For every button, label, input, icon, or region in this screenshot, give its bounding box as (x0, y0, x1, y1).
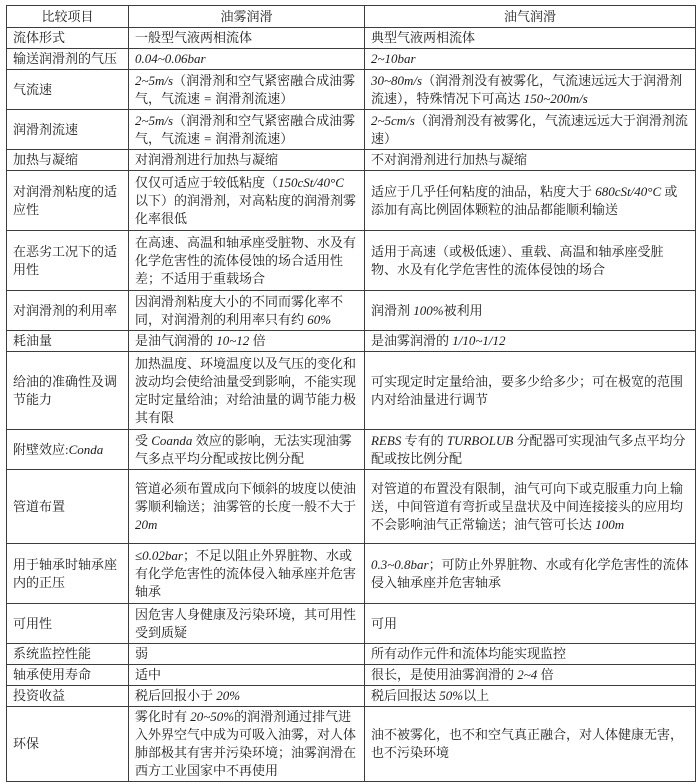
oil-mist-cell: 适中 (129, 665, 365, 686)
oil-air-cell: 对管道的布置没有限制，油气可向下或克服重力向上输送，中间管道有弯折或呈盘状及中间… (365, 470, 696, 544)
oil-mist-cell: 税后回报小于 20% (129, 686, 365, 707)
table-row: 气流速2~5m/s（润滑剂和空气紧密融合成油雾气，气流速 = 润滑剂流速）30~… (7, 70, 696, 110)
oil-air-cell: 可实现定时定量给油，要多少给多少；可在极宽的范围内对给油量进行调节 (365, 352, 696, 430)
row-label-cell: 环保 (7, 707, 129, 782)
row-label-cell: 对润滑剂的利用率 (7, 291, 129, 331)
oil-mist-cell: 加热温度、环境温度以及气压的变化和波动均会使给油量受到影响，不能实现定时定量给油… (129, 352, 365, 430)
table-row: 对润滑剂粘度的适应性仅仅可适应于较低粘度（150cSt/40°C 以下）的润滑剂… (7, 171, 696, 231)
oil-air-cell: 适应于几乎任何粘度的油品，粘度大于 680cSt/40°C 或添加有高比例固体颗… (365, 171, 696, 231)
oil-mist-cell: 受 Coanda 效应的影响，无法实现油雾气多点平均分配或按比例分配 (129, 430, 365, 470)
table-row: 用于轴承时轴承座内的正压≤0.02bar；不足以阻止外界脏物、水或有化学危害性的… (7, 544, 696, 604)
oil-air-cell: 适用于高速（或极低速）、重载、高温和轴承座受脏物、水及有化学危害性的流体侵蚀的场… (365, 231, 696, 291)
oil-air-cell: 是油雾润滑的 1/10~1/12 (365, 331, 696, 352)
oil-mist-cell: 仅仅可适应于较低粘度（150cSt/40°C 以下）的润滑剂，对高粘度的润滑剂雾… (129, 171, 365, 231)
table-body: 流体形式一般型气液两相流体典型气液两相流体输送润滑剂的气压0.04~0.06ba… (7, 28, 696, 782)
row-label-cell: 给油的准确性及调节能力 (7, 352, 129, 430)
row-label-cell: 系统监控性能 (7, 644, 129, 665)
row-label-cell: 对润滑剂粘度的适应性 (7, 171, 129, 231)
row-label-cell: 投资收益 (7, 686, 129, 707)
table-row: 耗油量是油气润滑的 10~12 倍是油雾润滑的 1/10~1/12 (7, 331, 696, 352)
table-row: 投资收益税后回报小于 20%税后回报达 50%以上 (7, 686, 696, 707)
oil-mist-cell: 一般型气液两相流体 (129, 28, 365, 49)
table-row: 轴承使用寿命适中很长，是使用油雾润滑的 2~4 倍 (7, 665, 696, 686)
row-label-cell: 可用性 (7, 604, 129, 644)
table-row: 输送润滑剂的气压0.04~0.06bar2~10bar (7, 49, 696, 70)
oil-air-cell: 很长，是使用油雾润滑的 2~4 倍 (365, 665, 696, 686)
oil-air-cell: 油不被雾化，也不和空气真正融合，对人体健康无害，也不污染环境 (365, 707, 696, 782)
oil-mist-cell: 因润滑剂粘度大小的不同而雾化率不同，对润滑剂的利用率只有约 60% (129, 291, 365, 331)
document-page: 比较项目 油雾润滑 油气润滑 流体形式一般型气液两相流体典型气液两相流体输送润滑… (6, 5, 696, 782)
oil-mist-cell: 对润滑剂进行加热与凝缩 (129, 150, 365, 171)
oil-mist-cell: 2~5m/s（润滑剂和空气紧密融合成油雾气，气流速 = 润滑剂流速） (129, 110, 365, 150)
table-row: 给油的准确性及调节能力加热温度、环境温度以及气压的变化和波动均会使给油量受到影响… (7, 352, 696, 430)
oil-mist-cell: 弱 (129, 644, 365, 665)
row-label-cell: 附壁效应:Conda (7, 430, 129, 470)
header-row: 比较项目 油雾润滑 油气润滑 (7, 6, 696, 28)
oil-air-cell: 0.3~0.8bar；可防止外界脏物、水或有化学危害性的流体侵入轴承座并危害轴承 (365, 544, 696, 604)
oil-air-cell: 2~5cm/s（润滑剂没有被雾化，气流速远远大于润滑剂流速） (365, 110, 696, 150)
lubrication-comparison-table: 比较项目 油雾润滑 油气润滑 流体形式一般型气液两相流体典型气液两相流体输送润滑… (6, 5, 696, 782)
table-row: 加热与凝缩对润滑剂进行加热与凝缩不对润滑剂进行加热与凝缩 (7, 150, 696, 171)
oil-air-cell: 所有动作元件和流体均能实现监控 (365, 644, 696, 665)
table-row: 附壁效应:Conda受 Coanda 效应的影响，无法实现油雾气多点平均分配或按… (7, 430, 696, 470)
row-label-cell: 流体形式 (7, 28, 129, 49)
row-label-cell: 管道布置 (7, 470, 129, 544)
oil-air-cell: 不对润滑剂进行加热与凝缩 (365, 150, 696, 171)
oil-mist-cell: 2~5m/s（润滑剂和空气紧密融合成油雾气，气流速 = 润滑剂流速） (129, 70, 365, 110)
row-label-cell: 耗油量 (7, 331, 129, 352)
oil-mist-cell: 在高速、高温和轴承座受脏物、水及有化学危害性的流体侵蚀的场合适用性差；不适用于重… (129, 231, 365, 291)
oil-mist-cell: 因危害人身健康及污染环境，其可用性受到质疑 (129, 604, 365, 644)
oil-air-cell: 30~80m/s（润滑剂没有被雾化，气流速远远大于润滑剂流速），特殊情况下可高达… (365, 70, 696, 110)
oil-mist-cell: ≤0.02bar；不足以阻止外界脏物、水或有化学危害性的流体侵入轴承座并危害轴承 (129, 544, 365, 604)
row-label-cell: 气流速 (7, 70, 129, 110)
table-row: 对润滑剂的利用率因润滑剂粘度大小的不同而雾化率不同，对润滑剂的利用率只有约 60… (7, 291, 696, 331)
row-label-cell: 轴承使用寿命 (7, 665, 129, 686)
oil-mist-cell: 0.04~0.06bar (129, 49, 365, 70)
row-label-cell: 润滑剂流速 (7, 110, 129, 150)
oil-air-cell: 2~10bar (365, 49, 696, 70)
oil-air-cell: 典型气液两相流体 (365, 28, 696, 49)
row-label-cell: 在恶劣工况下的适用性 (7, 231, 129, 291)
table-row: 可用性因危害人身健康及污染环境，其可用性受到质疑可用 (7, 604, 696, 644)
table-row: 管道布置管道必须布置成向下倾斜的坡度以使油雾顺利输送；油雾管的长度一般不大于 2… (7, 470, 696, 544)
row-label-cell: 输送润滑剂的气压 (7, 49, 129, 70)
oil-air-cell: 税后回报达 50%以上 (365, 686, 696, 707)
table-row: 系统监控性能弱所有动作元件和流体均能实现监控 (7, 644, 696, 665)
header-compare-item: 比较项目 (7, 6, 129, 28)
header-oil-air: 油气润滑 (365, 6, 696, 28)
row-label-cell: 加热与凝缩 (7, 150, 129, 171)
oil-mist-cell: 雾化时有 20~50%的润滑剂通过排气进入外界空气中成为可吸入油雾，对人体肺部极… (129, 707, 365, 782)
table-row: 润滑剂流速2~5m/s（润滑剂和空气紧密融合成油雾气，气流速 = 润滑剂流速）2… (7, 110, 696, 150)
table-header: 比较项目 油雾润滑 油气润滑 (7, 6, 696, 28)
header-oil-mist: 油雾润滑 (129, 6, 365, 28)
oil-mist-cell: 管道必须布置成向下倾斜的坡度以使油雾顺利输送；油雾管的长度一般不大于 20m (129, 470, 365, 544)
table-row: 在恶劣工况下的适用性在高速、高温和轴承座受脏物、水及有化学危害性的流体侵蚀的场合… (7, 231, 696, 291)
row-label-cell: 用于轴承时轴承座内的正压 (7, 544, 129, 604)
table-row: 流体形式一般型气液两相流体典型气液两相流体 (7, 28, 696, 49)
oil-air-cell: REBS 专有的 TURBOLUB 分配器可实现油气多点平均分配或按比例分配 (365, 430, 696, 470)
oil-air-cell: 可用 (365, 604, 696, 644)
oil-mist-cell: 是油气润滑的 10~12 倍 (129, 331, 365, 352)
oil-air-cell: 润滑剂 100%被利用 (365, 291, 696, 331)
table-row: 环保雾化时有 20~50%的润滑剂通过排气进入外界空气中成为可吸入油雾，对人体肺… (7, 707, 696, 782)
